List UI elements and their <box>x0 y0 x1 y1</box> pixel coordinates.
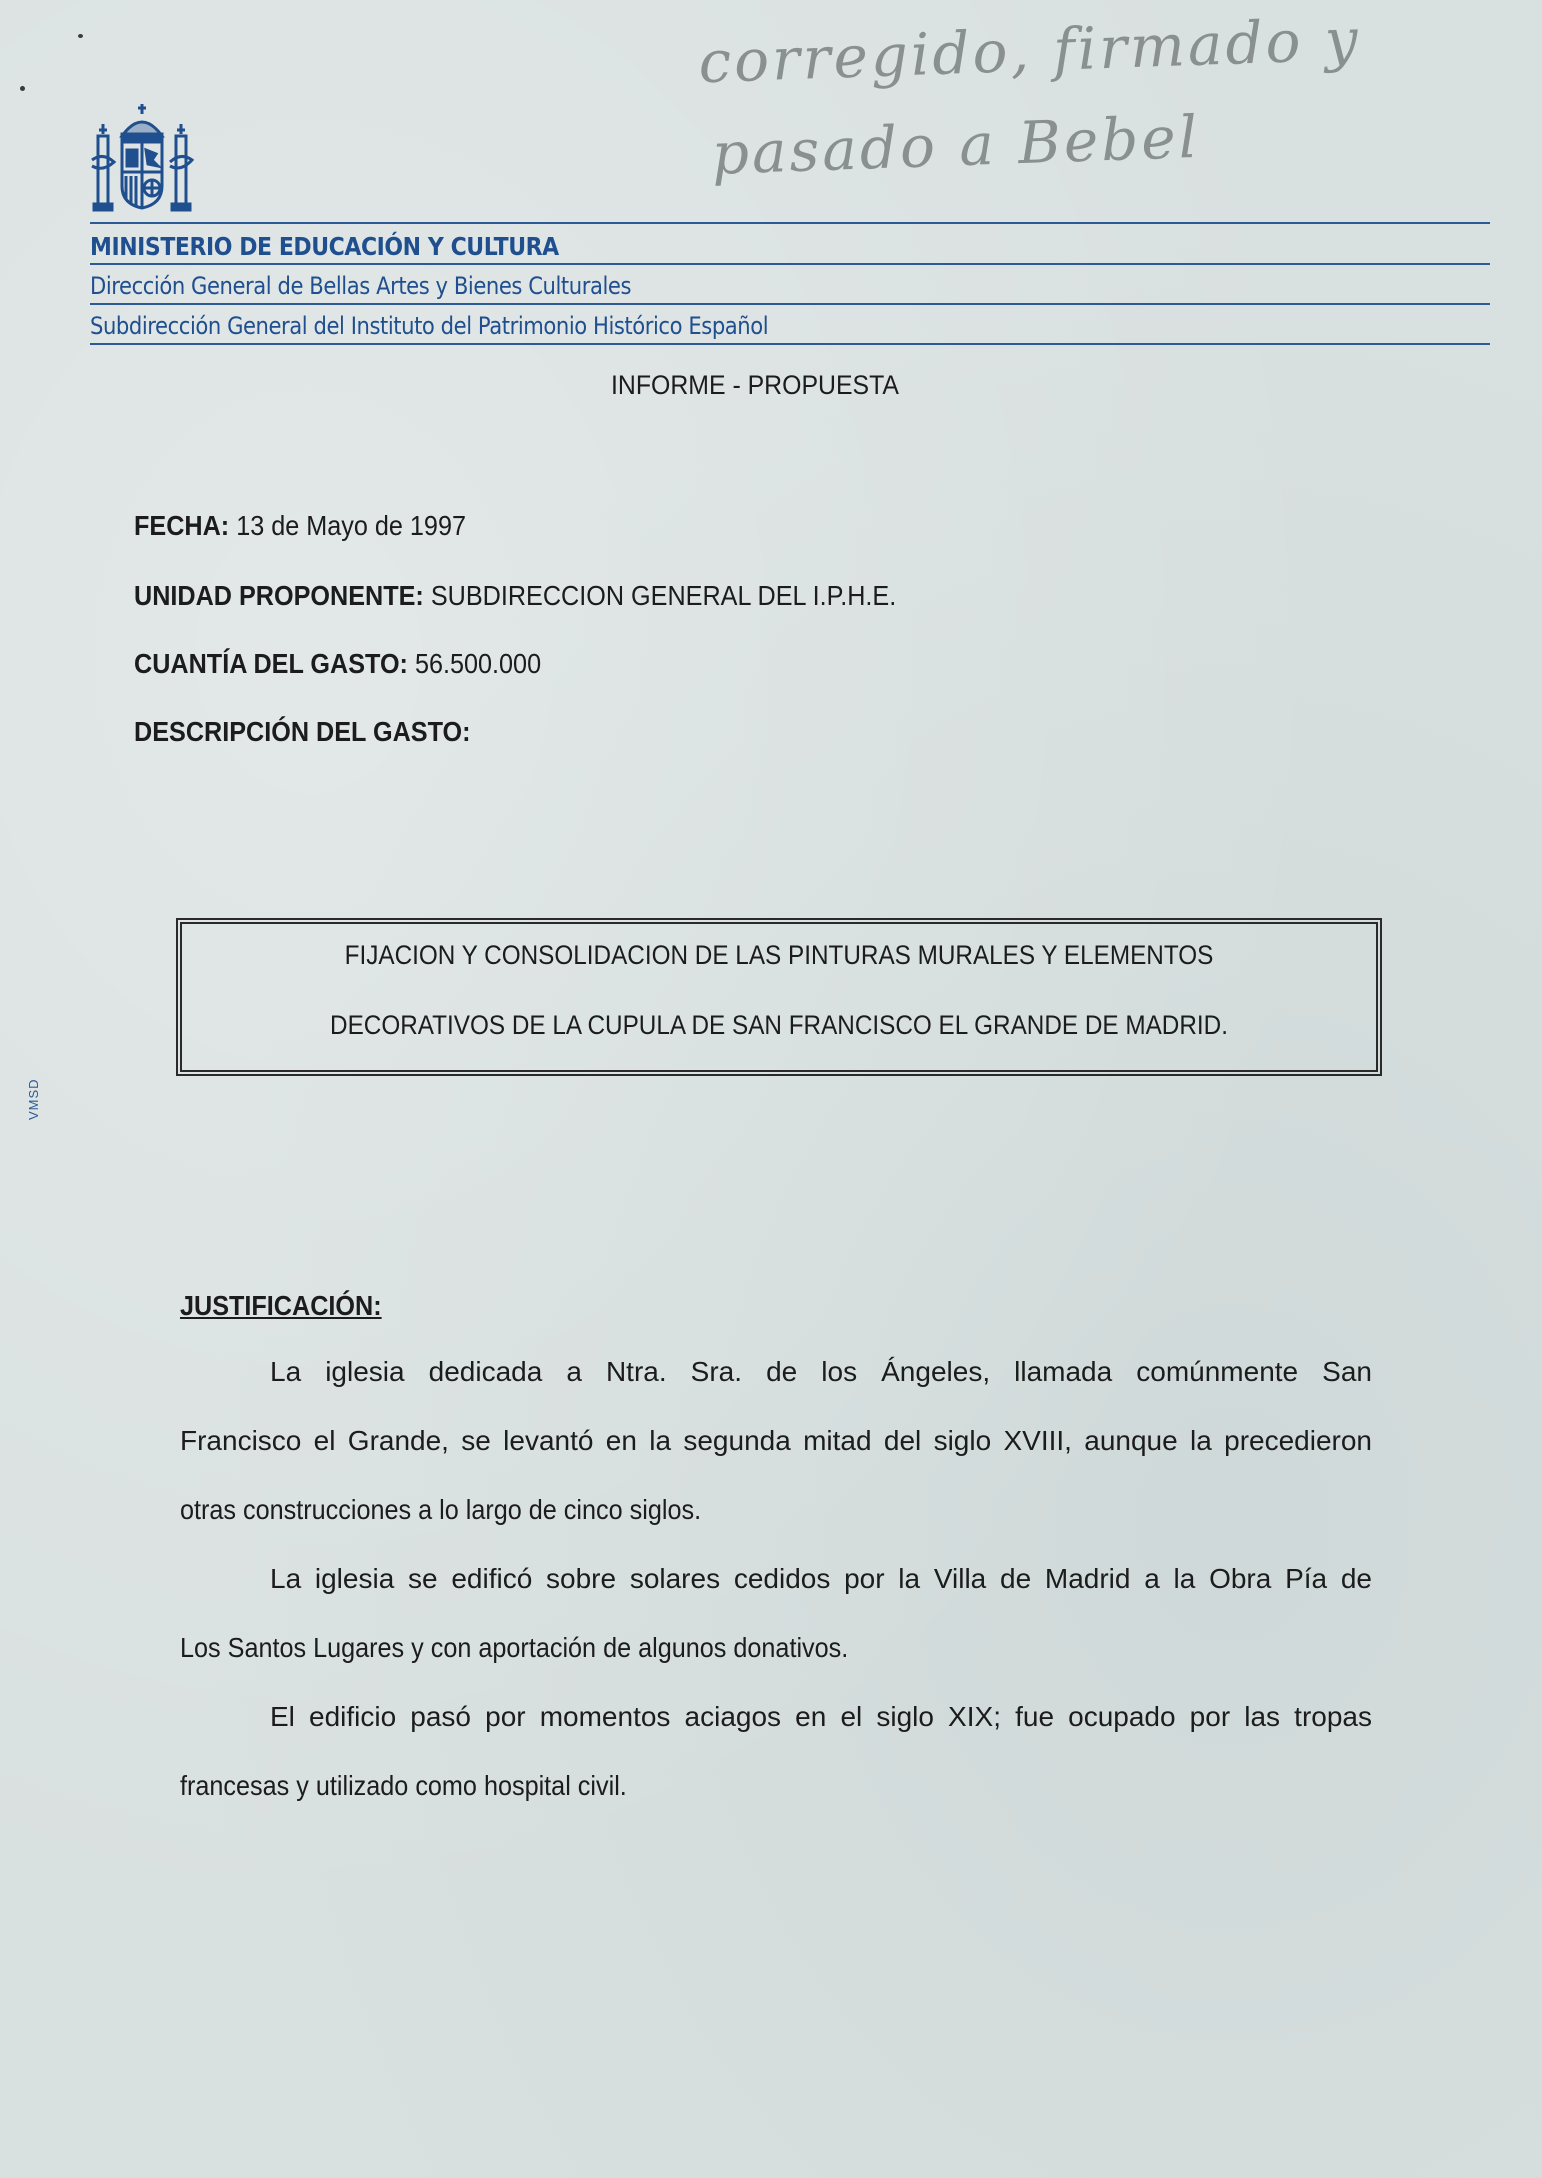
amount-field: CUANTÍA DEL GASTO: 56.500.000 <box>134 648 541 680</box>
stray-mark <box>78 34 83 38</box>
coat-of-arms-icon <box>90 100 194 212</box>
general-subdirection: Subdirección General del Instituto del P… <box>90 312 768 340</box>
justification-line: La iglesia dedicada a Ntra. Sra. de los … <box>180 1356 1372 1388</box>
document-title: INFORME - PROPUESTA <box>60 370 1449 401</box>
date-field: FECHA: 13 de Mayo de 1997 <box>134 510 466 542</box>
justification-line-text: francesas y utilizado como hospital civi… <box>180 1770 627 1802</box>
justification-line: La iglesia se edificó sobre solares cedi… <box>180 1563 1372 1595</box>
justification-line: El edificio pasó por momentos aciagos en… <box>180 1701 1372 1733</box>
proposing-unit-label: UNIDAD PROPONENTE: <box>134 580 424 611</box>
side-mark: VMSD <box>26 1078 41 1120</box>
justification-line: otras construcciones a lo largo de cinco… <box>180 1494 1372 1526</box>
justification-line: francesas y utilizado como hospital civi… <box>180 1770 1372 1802</box>
letterhead-rule <box>90 222 1490 224</box>
justification-line: Francisco el Grande, se levantó en la se… <box>180 1425 1372 1457</box>
letterhead-rule <box>90 263 1490 265</box>
date-value: 13 de Mayo de 1997 <box>236 510 466 541</box>
ministry-name: MINISTERIO DE EDUCACIÓN Y CULTURA <box>90 232 559 261</box>
stray-mark <box>20 86 25 91</box>
letterhead-rule <box>90 303 1490 305</box>
justification-line-text: otras construcciones a lo largo de cinco… <box>180 1494 701 1526</box>
description-box: FIJACION Y CONSOLIDACION DE LAS PINTURAS… <box>176 918 1382 1076</box>
justification-heading: JUSTIFICACIÓN: <box>180 1290 382 1322</box>
amount-label: CUANTÍA DEL GASTO: <box>134 648 408 679</box>
handwritten-note: corregido, firmado y pasado a Bebel <box>697 0 1403 200</box>
date-label: FECHA: <box>134 510 229 541</box>
letterhead-rule <box>90 343 1490 345</box>
general-direction: Dirección General de Bellas Artes y Bien… <box>90 272 631 300</box>
proposing-unit-field: UNIDAD PROPONENTE: SUBDIRECCION GENERAL … <box>134 580 896 612</box>
amount-value: 56.500.000 <box>415 648 541 679</box>
justification-line-text: Los Santos Lugares y con aportación de a… <box>180 1632 848 1664</box>
description-line-1: FIJACION Y CONSOLIDACION DE LAS PINTURAS… <box>238 940 1320 971</box>
description-label: DESCRIPCIÓN DEL GASTO: <box>134 716 471 747</box>
description-line-2: DECORATIVOS DE LA CUPULA DE SAN FRANCISC… <box>238 1010 1320 1041</box>
description-field: DESCRIPCIÓN DEL GASTO: <box>134 716 471 748</box>
justification-line: Los Santos Lugares y con aportación de a… <box>180 1632 1372 1664</box>
proposing-unit-value: SUBDIRECCION GENERAL DEL I.P.H.E. <box>431 580 896 611</box>
